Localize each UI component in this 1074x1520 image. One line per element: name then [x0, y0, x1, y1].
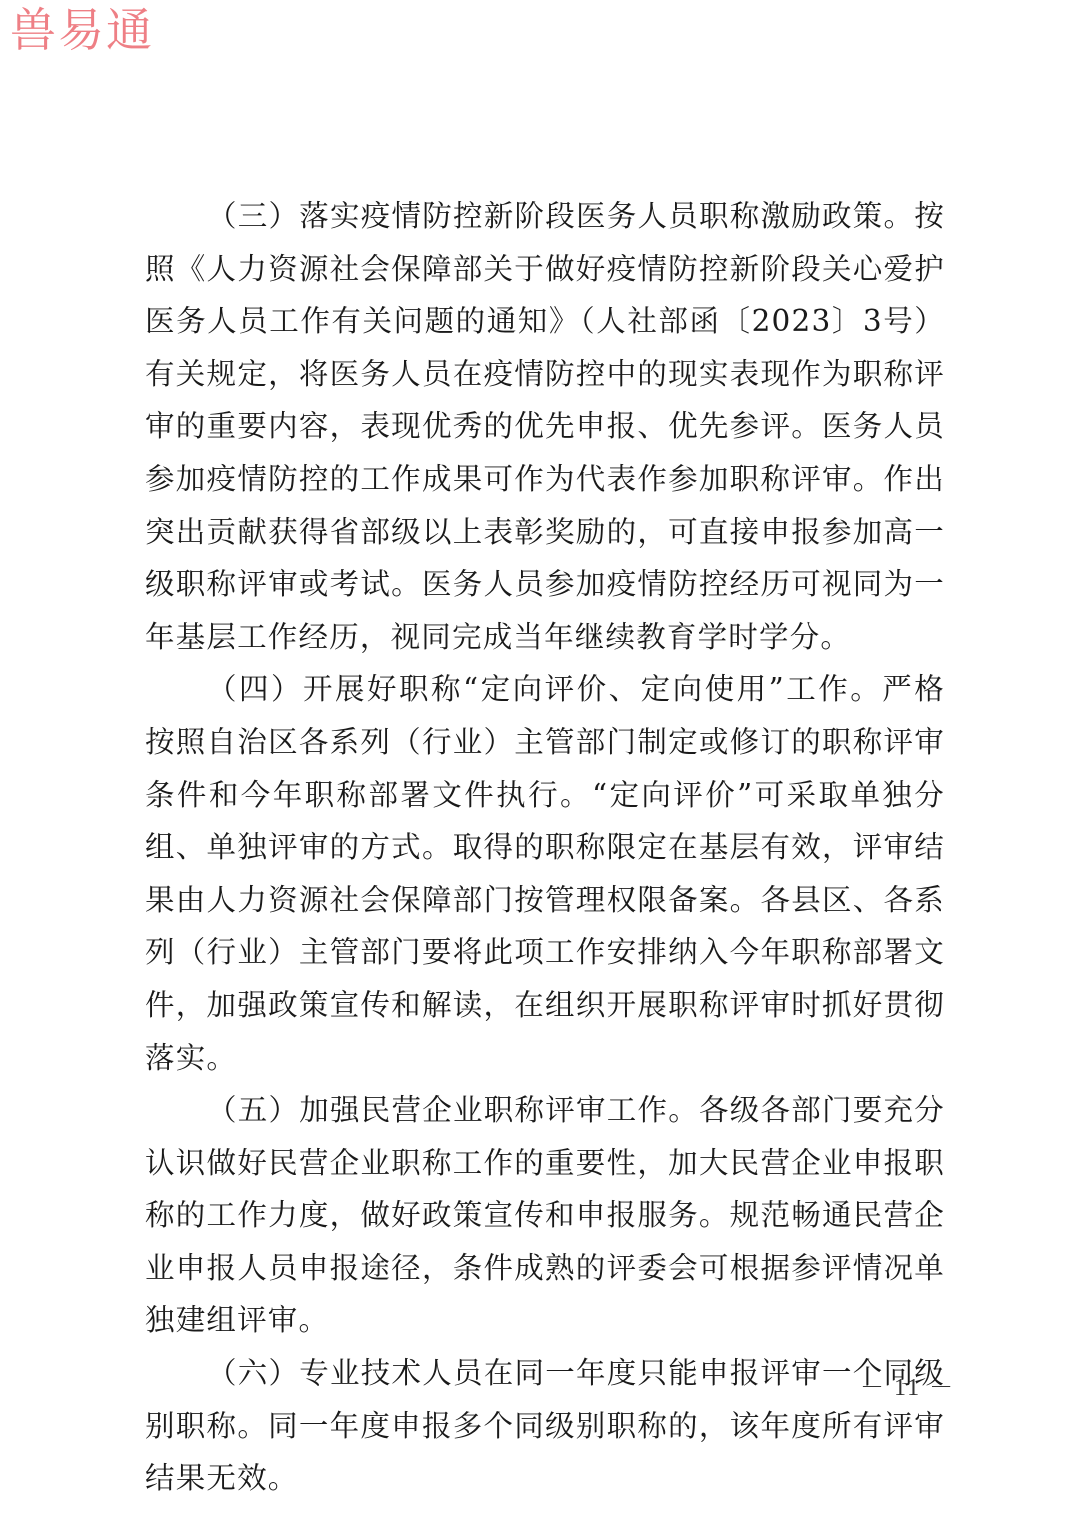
document-body: （三）落实疫情防控新阶段医务人员职称激励政策。按照《人力资源社会保障部关于做好疫…: [145, 190, 945, 1505]
watermark-logo: 兽易通: [10, 2, 154, 58]
page-number: － 11 －: [860, 1372, 955, 1404]
paragraph-section-five: （五）加强民营企业职称评审工作。各级各部门要充分认识做好民营企业职称工作的重要性…: [145, 1084, 945, 1347]
paragraph-section-six: （六）专业技术人员在同一年度只能申报评审一个同级别职称。同一年度申报多个同级别职…: [145, 1347, 945, 1505]
paragraph-section-three: （三）落实疫情防控新阶段医务人员职称激励政策。按照《人力资源社会保障部关于做好疫…: [145, 190, 945, 663]
paragraph-section-four: （四）开展好职称“定向评价、定向使用”工作。严格按照自治区各系列（行业）主管部门…: [145, 663, 945, 1084]
